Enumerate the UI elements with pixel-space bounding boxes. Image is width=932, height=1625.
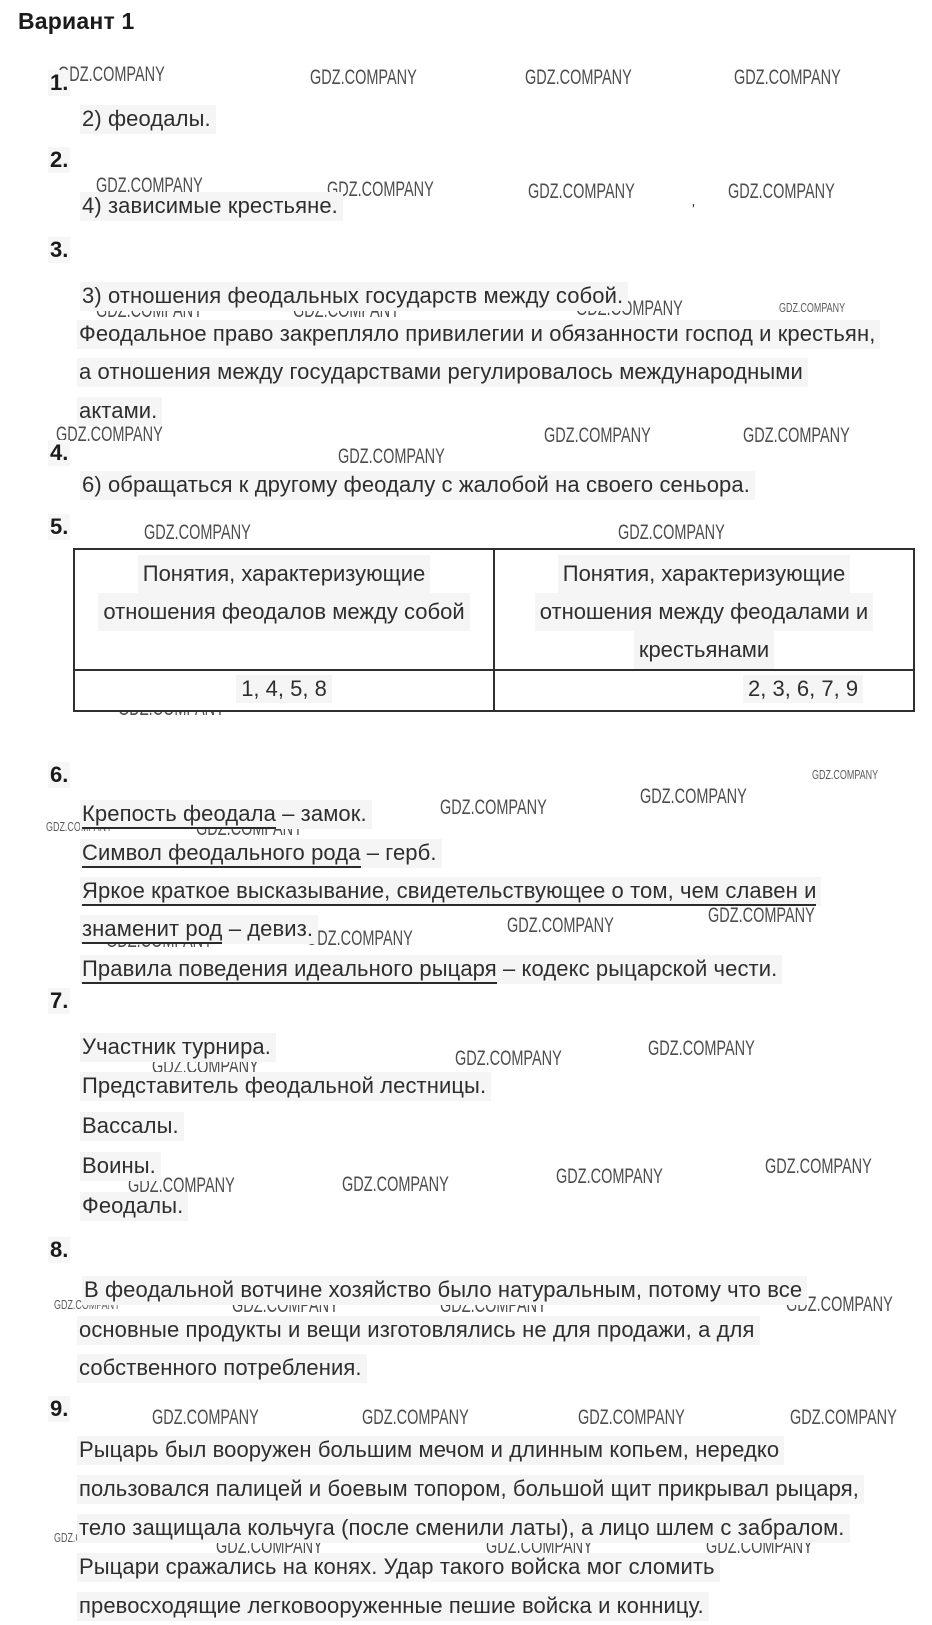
definition-term: Яркое краткое высказывание, свидетельств… [82, 878, 816, 906]
watermark: GDZ.COMPANY [790, 1407, 897, 1429]
question-8-number: 8. [48, 1237, 70, 1263]
table-col2-value-cell: 2, 3, 6, 7, 9 [495, 671, 913, 710]
watermark: GDZ.COMPANY [812, 768, 878, 781]
watermark: GDZ.COMPANY [556, 1166, 663, 1188]
question-6-number: 6. [48, 762, 70, 788]
definition-rest: – замок. [276, 801, 367, 826]
table-col2-value: 2, 3, 6, 7, 9 [743, 675, 863, 703]
watermark: GDZ.COMPANY [440, 797, 547, 819]
watermark: GDZ.COMPANY [310, 67, 417, 89]
watermark: GDZ.COMPANY [743, 425, 850, 447]
definition-term: Правила поведения идеального рыцаря [82, 956, 497, 984]
definition-term: Символ феодального рода [82, 840, 361, 868]
stray-mark: ' [692, 201, 695, 218]
watermark: GDZ.COMPANY [734, 67, 841, 89]
table-col1-value: 1, 4, 5, 8 [236, 675, 332, 703]
definition-rest: – девиз. [222, 916, 313, 941]
watermark: GDZ.COMPANY [152, 1407, 259, 1429]
table-col2-header: Понятия, характеризующие отношения между… [495, 550, 913, 669]
explanation-line: превосходящие легковооруженные пешие вой… [77, 1592, 709, 1621]
question-2-answer: 4) зависимые крестьяне. [80, 192, 343, 221]
definition-rest: – кодекс рыцарской чести. [497, 956, 778, 981]
question-1-answer: 2) феодалы. [80, 105, 216, 134]
watermark: GDZ.COMPANY [338, 446, 445, 468]
watermark: GDZ.COMPANY [544, 425, 651, 447]
table-col1-value-cell: 1, 4, 5, 8 [75, 671, 495, 710]
watermark: GDZ.COMPANY [306, 928, 413, 950]
watermark: GDZ.COMPANY [708, 905, 815, 927]
answer-line: Воины. [80, 1152, 161, 1181]
table-col1-header-line: отношения феодалов между собой [98, 593, 469, 631]
explanation-line: Рыцарь был вооружен большим мечом и длин… [77, 1436, 784, 1465]
watermark: GDZ.COMPANY [528, 181, 635, 203]
answer-line: Участник турнира. [80, 1033, 276, 1062]
question-5-number: 5. [48, 514, 70, 540]
watermark: GDZ.COMPANY [455, 1048, 562, 1070]
table-col2-header-line: Понятия, характеризующие [558, 555, 851, 593]
watermark: GDZ.COMPANY [144, 522, 251, 544]
page: { "page": { "title": "Вариант 1", "stray… [0, 0, 932, 1625]
definition-line: Символ феодального рода – герб. [80, 839, 442, 868]
definition-term: Крепость феодала [82, 801, 276, 829]
question-9-number: 9. [48, 1396, 70, 1422]
table-col2-header-line: отношения между феодалами и [535, 593, 873, 631]
definition-line: Правила поведения идеального рыцаря – ко… [80, 955, 782, 984]
table-header-row: Понятия, характеризующие отношения феода… [75, 550, 913, 671]
watermark: GDZ.COMPANY [640, 786, 747, 808]
answer-line: Феодалы. [80, 1192, 188, 1221]
question-4-answer: 6) обращаться к другому феодалу с жалобо… [80, 471, 755, 500]
definition-line: Крепость феодала – замок. [80, 800, 372, 829]
watermark: GDZ.COMPANY [578, 1407, 685, 1429]
answer-line: Представитель феодальной лестницы. [80, 1072, 491, 1101]
definition-line: Яркое краткое высказывание, свидетельств… [80, 877, 821, 906]
definition-term: знаменит род [82, 916, 222, 944]
variant-title: Вариант 1 [18, 8, 135, 35]
definition-rest: – герб. [361, 840, 437, 865]
definition-line: знаменит род – девиз. [80, 915, 318, 944]
watermark: GDZ.COMPANY [327, 179, 434, 201]
explanation-line: пользовался палицей и боевым топором, бо… [77, 1475, 864, 1504]
question-4-number: 4. [48, 440, 70, 466]
question-3-number: 3. [48, 237, 70, 263]
watermark: GDZ.COMPANY [58, 64, 165, 86]
explanation-line: В феодальной вотчине хозяйство было нату… [82, 1276, 807, 1305]
watermark: GDZ.COMPANY [362, 1407, 469, 1429]
watermark: GDZ.COMPANY [618, 522, 725, 544]
question-7-number: 7. [48, 988, 70, 1014]
explanation-line: Рыцари сражались на конях. Удар такого в… [77, 1553, 720, 1582]
explanation-line: актами. [77, 397, 162, 426]
table-col2-header-line: крестьянами [634, 631, 774, 669]
watermark: GDZ.COMPANY [56, 424, 163, 446]
explanation-line: основные продукты и вещи изготовлялись н… [77, 1316, 760, 1345]
question-3-answer: 3) отношения феодальных государств между… [80, 282, 628, 311]
watermark: GDZ.COMPANY [525, 67, 632, 89]
question-1-number: 1. [48, 70, 70, 96]
explanation-line: а отношения между государствами регулиро… [77, 358, 808, 387]
table-data-row: 1, 4, 5, 8 2, 3, 6, 7, 9 [75, 671, 913, 710]
watermark: GDZ.COMPANY [765, 1156, 872, 1178]
comparison-table: Понятия, характеризующие отношения феода… [73, 548, 915, 712]
question-2-number: 2. [48, 147, 70, 173]
answer-line: Вассалы. [80, 1112, 184, 1141]
table-col1-header: Понятия, характеризующие отношения феода… [75, 550, 495, 669]
watermark: GDZ.COMPANY [648, 1038, 755, 1060]
watermark: GDZ.COMPANY [507, 915, 614, 937]
explanation-line: тело защищала кольчуга (после сменили ла… [77, 1514, 850, 1543]
watermark: GDZ.COMPANY [728, 181, 835, 203]
explanation-line: собственного потребления. [77, 1354, 367, 1383]
watermark: GDZ.COMPANY [342, 1174, 449, 1196]
explanation-line: Феодальное право закрепляло привилегии и… [77, 320, 880, 349]
table-col1-header-line: Понятия, характеризующие [138, 555, 431, 593]
watermark: GDZ.COMPANY [779, 301, 845, 314]
